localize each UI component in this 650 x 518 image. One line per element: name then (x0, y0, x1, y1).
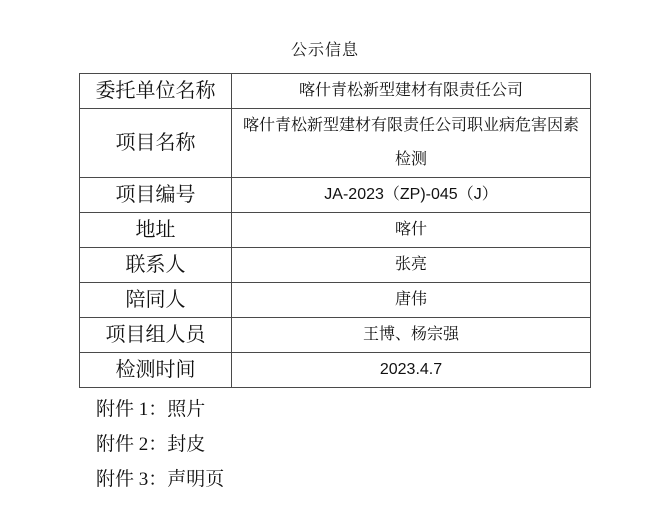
row-value-project-number: JA-2023（ZP)-045（J） (232, 178, 591, 213)
row-value-contact-person: 张亮 (232, 248, 591, 283)
row-label-project-name: 项目名称 (80, 109, 232, 178)
attachments-list: 附件 1：照片 附件 2：封皮 附件 3：声明页 (96, 400, 224, 505)
table-row: 陪同人 唐伟 (80, 283, 591, 318)
row-label-contact-person: 联系人 (80, 248, 232, 283)
row-value-project-name: 喀什青松新型建材有限责任公司职业病危害因素检测 (232, 109, 591, 178)
row-label-project-number: 项目编号 (80, 178, 232, 213)
row-value-accompanying-person: 唐伟 (232, 283, 591, 318)
table-row: 联系人 张亮 (80, 248, 591, 283)
row-label-project-team: 项目组人员 (80, 318, 232, 353)
row-label-accompanying-person: 陪同人 (80, 283, 232, 318)
row-label-detection-time: 检测时间 (80, 353, 232, 388)
row-value-entrusting-unit: 喀什青松新型建材有限责任公司 (232, 74, 591, 109)
table-row: 委托单位名称 喀什青松新型建材有限责任公司 (80, 74, 591, 109)
attachment-2-cover: 附件 2：封皮 (96, 435, 224, 454)
row-label-entrusting-unit: 委托单位名称 (80, 74, 232, 109)
table-row: 地址 喀什 (80, 213, 591, 248)
table-row: 检测时间 2023.4.7 (80, 353, 591, 388)
table-row: 项目名称 喀什青松新型建材有限责任公司职业病危害因素检测 (80, 109, 591, 178)
row-value-detection-time: 2023.4.7 (232, 353, 591, 388)
row-value-project-team: 王博、杨宗强 (232, 318, 591, 353)
document-page: 公示信息 委托单位名称 喀什青松新型建材有限责任公司 项目名称 喀什青松新型建材… (0, 0, 650, 518)
table-row: 项目编号 JA-2023（ZP)-045（J） (80, 178, 591, 213)
row-label-address: 地址 (80, 213, 232, 248)
info-table: 委托单位名称 喀什青松新型建材有限责任公司 项目名称 喀什青松新型建材有限责任公… (79, 73, 591, 388)
page-title: 公示信息 (0, 42, 650, 60)
table-row: 项目组人员 王博、杨宗强 (80, 318, 591, 353)
row-value-address: 喀什 (232, 213, 591, 248)
attachment-3-statement-page: 附件 3：声明页 (96, 470, 224, 489)
attachment-1-photos: 附件 1：照片 (96, 400, 224, 419)
